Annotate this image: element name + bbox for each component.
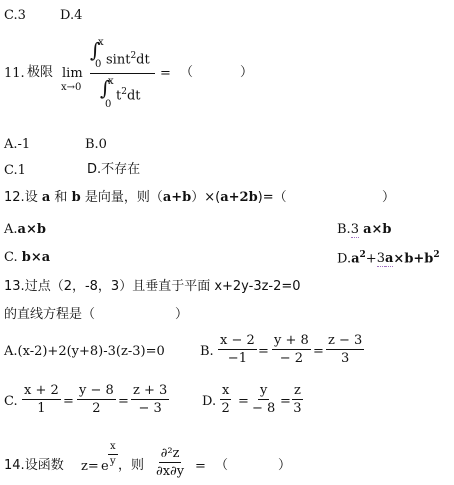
q11-den-upper: x [108, 77, 114, 87]
q11-blank-open: （ [180, 66, 193, 79]
q14-then: ，则 [118, 459, 144, 472]
q11-option-b: B.0 [85, 138, 107, 151]
q11-den-lower: 0 [105, 100, 111, 110]
q13-line2: 的直线方程是（ [4, 308, 95, 321]
q12-stem: 12.设 a 和 b 是向量，则（a+b）×(a+2b)=（ [4, 191, 287, 204]
q11-num-upper: x [98, 38, 104, 48]
q11-option-a: A.-1 [4, 138, 30, 151]
q12-option-c: C. b×a [4, 251, 50, 264]
q13-b-frac-x: x − 2−1 [218, 334, 257, 365]
q11-blank-close: ） [240, 66, 253, 79]
q14-derivative: ∂²z∂x∂y [156, 447, 184, 478]
q11-lim: lim [62, 67, 83, 80]
q11-option-d: D.不存在 [87, 163, 140, 176]
q13-option-b-label: B. [200, 345, 214, 358]
q12-option-a: A.a×b [4, 223, 46, 236]
q11-prompt: 极限 [27, 66, 53, 79]
q14-z-eq: z= [81, 460, 99, 473]
q13-c-frac-y: y − 82 [77, 384, 116, 415]
q14-blank-close: ） [278, 459, 291, 472]
q13-d-frac-z: z3 [292, 384, 303, 415]
q13-line1: 13.过点（2，-8，3）且垂直于平面 x+2y-3z-2=0 [4, 280, 301, 293]
q12-blank-close: ） [382, 191, 395, 204]
q13-option-a: A.(x-2)+2(y+8)-3(z-3)=0 [4, 345, 165, 358]
q11-num-integrand: sint2dt [106, 52, 150, 66]
q13-option-c-label: C. [4, 395, 18, 408]
q13-c-frac-z: z + 3− 3 [131, 384, 169, 415]
q13-c-frac-x: x + 21 [22, 384, 61, 415]
q11-fraction-bar [90, 73, 155, 74]
q13-d-frac-y: y− 8 [252, 384, 275, 415]
q12-option-d: D.a2+3a×b+b2 [337, 251, 440, 265]
q11-den-integrand: t2dt [116, 88, 141, 102]
q11-num-lower: 0 [95, 60, 101, 70]
q13-blank-close: ） [175, 308, 188, 321]
q10-option-d: D.4 [60, 9, 82, 22]
q14-blank-open: （ [215, 459, 228, 472]
q11-lim-sub: x→0 [61, 83, 81, 93]
q13-b-frac-y: y + 8− 2 [272, 334, 311, 365]
q14-prompt: 14.设函数 [4, 459, 64, 472]
q11-option-c: C.1 [4, 164, 26, 177]
q11-number: 11. [4, 67, 25, 80]
q13-d-frac-x: x2 [220, 384, 231, 415]
q11-equals: = [160, 67, 171, 80]
q10-option-c: C.3 [4, 9, 26, 22]
q14-exponent: xy [108, 442, 118, 467]
q13-option-d-label: D. [202, 395, 216, 408]
q13-b-frac-z: z − 33 [326, 334, 364, 365]
q12-option-b: B.3 a×b [337, 223, 392, 236]
q14-equals: = [195, 460, 206, 473]
